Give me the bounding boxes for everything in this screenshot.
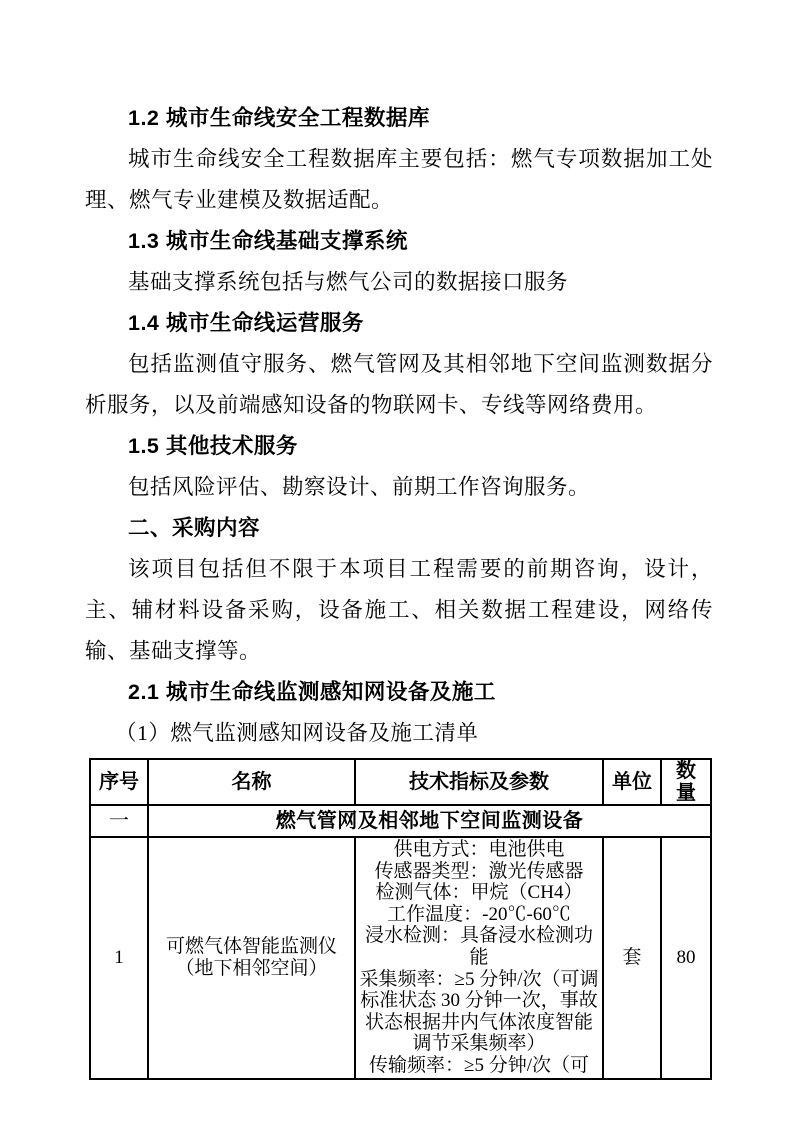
document-page: 1.2 城市生命线安全工程数据库 城市生命线安全工程数据库主要包括：燃气专项数据… <box>0 0 793 1122</box>
spec-line-transmission: 传输频率：≥5 分钟/次（可 <box>358 1055 600 1077</box>
col-header-unit: 单位 <box>603 759 661 805</box>
paragraph-project-scope: 该项目包括但不限于本项目工程需要的前期咨询，设计，主、辅材料设备采购，设备施工、… <box>85 549 713 672</box>
list-item-equipment-list: （1）燃气监测感知网设备及施工清单 <box>85 713 713 754</box>
spec-line-power: 供电方式：电池供电 <box>358 839 600 861</box>
table-header-row: 序号 名称 技术指标及参数 单位 数量 <box>90 759 711 805</box>
spec-line-gas: 检测气体：甲烷（CH4） <box>358 882 600 904</box>
heading-1-4: 1.4 城市生命线运营服务 <box>85 303 713 344</box>
row-qty-cell: 80 <box>661 837 711 1079</box>
group-title-cell: 燃气管网及相邻地下空间监测设备 <box>148 805 711 837</box>
row-no-cell: 1 <box>90 837 148 1079</box>
col-header-no: 序号 <box>90 759 148 805</box>
row-spec-cell: 供电方式：电池供电 传感器类型：激光传感器 检测气体：甲烷（CH4） 工作温度：… <box>355 837 603 1079</box>
heading-1-3: 1.3 城市生命线基础支撑系统 <box>85 221 713 262</box>
spec-line-temperature: 工作温度：-20℃-60℃ <box>358 904 600 926</box>
spec-line-sampling: 采集频率：≥5 分钟/次（可调标准状态 30 分钟一次，事故状态根据井内气体浓度… <box>358 969 600 1055</box>
col-header-spec: 技术指标及参数 <box>355 759 603 805</box>
heading-1-2: 1.2 城市生命线安全工程数据库 <box>85 98 713 139</box>
table-group-row: 一 燃气管网及相邻地下空间监测设备 <box>90 805 711 837</box>
equipment-table: 序号 名称 技术指标及参数 单位 数量 一 燃气管网及相邻地下空间监测设备 1 … <box>89 758 712 1080</box>
spec-line-sensor: 传感器类型：激光传感器 <box>358 861 600 883</box>
spec-line-immersion: 浸水检测：具备浸水检测功能 <box>358 925 600 968</box>
col-header-name: 名称 <box>148 759 355 805</box>
row-name-cell: 可燃气体智能监测仪（地下相邻空间） <box>148 837 355 1079</box>
paragraph-database: 城市生命线安全工程数据库主要包括：燃气专项数据加工处理、燃气专业建模及数据适配。 <box>85 139 713 221</box>
row-unit-cell: 套 <box>603 837 661 1079</box>
paragraph-operation-service: 包括监测值守服务、燃气管网及其相邻地下空间监测数据分析服务，以及前端感知设备的物… <box>85 344 713 426</box>
paragraph-other-service: 包括风险评估、勘察设计、前期工作咨询服务。 <box>85 467 713 508</box>
col-header-qty: 数量 <box>661 759 711 805</box>
paragraph-support-system: 基础支撑系统包括与燃气公司的数据接口服务 <box>85 262 713 303</box>
heading-procurement: 二、采购内容 <box>85 508 713 549</box>
heading-1-5: 1.5 其他技术服务 <box>85 426 713 467</box>
group-index-cell: 一 <box>90 805 148 837</box>
heading-2-1: 2.1 城市生命线监测感知网设备及施工 <box>85 672 713 713</box>
table-row: 1 可燃气体智能监测仪（地下相邻空间） 供电方式：电池供电 传感器类型：激光传感… <box>90 837 711 1079</box>
